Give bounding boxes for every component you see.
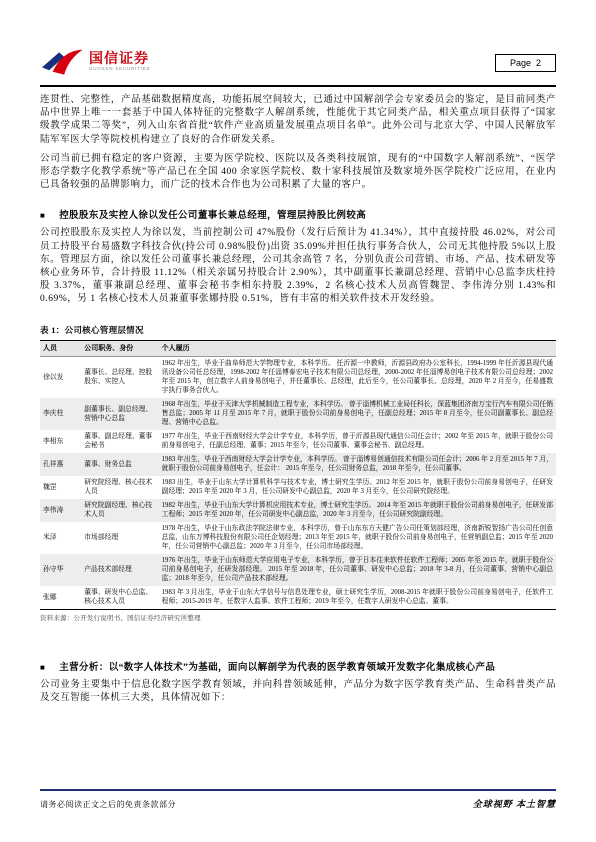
guosen-logo-icon <box>40 46 84 76</box>
table-row: 李庆柱副董事长、副总经理、营销中心总监1968 年出生，毕业于天津大学机械制造工… <box>40 398 556 430</box>
column-header-bio: 个人履历 <box>159 340 556 356</box>
table-header-row: 人员 公司职务、身份 个人履历 <box>40 340 556 356</box>
member-role: 研究院经理、核心技术人员 <box>81 476 158 499</box>
guosen-logo-text: 国信证券 GUOSEN SECURITIES <box>89 51 150 72</box>
column-header-role: 公司职务、身份 <box>81 340 158 356</box>
member-bio: 1983 年出生，毕业于西南财经大学会计学专业，本科学历。 曾于淄博易创通信技术… <box>159 453 556 476</box>
paragraph-shareholding: 公司控股股东及实控人为徐以发，当前控制公司 47%股份（发行后预计为 41.34… <box>40 227 556 306</box>
page-header: 国信证券 GUOSEN SECURITIES Page 2 <box>40 0 556 76</box>
member-name: 李伟涛 <box>40 499 81 522</box>
square-bullet-icon: ■ <box>40 663 45 672</box>
table-row: 孔祥惠董事、财务总监1983 年出生，毕业于西南财经大学会计学专业，本科学历。 … <box>40 453 556 476</box>
member-bio: 1962 年出生，毕业于曲阜师范大学物理专业，本科学历。 任沂源一中教师，沂源县… <box>159 356 556 398</box>
member-bio: 1976 年出生，毕业于山东师范大学应用电子专业，本科学历，曾于日本往来软件任软… <box>159 554 556 586</box>
guosen-logo: 国信证券 GUOSEN SECURITIES <box>40 46 150 76</box>
member-role: 董事、财务总监 <box>81 453 158 476</box>
member-role: 产品技术部经理 <box>81 554 158 586</box>
footer-rule <box>40 789 556 791</box>
member-name: 米泽 <box>40 522 81 554</box>
table-row: 张娜董事、研发中心总监、核心技术人员1983 年 3 月出生，毕业于山东大学信号… <box>40 586 556 610</box>
member-bio: 1983 出生，毕业于山东大学计算机科学与技术专业，博士研究生学历。2012 年… <box>159 476 556 499</box>
section-heading-main-business: ■ 主营分析：以“数字人体技术”为基础，面向以解剖学为代表的医学教育领域开发数字… <box>40 659 556 673</box>
footer-disclaimer: 请务必阅读正文之后的免责条款部分 <box>40 799 176 810</box>
member-name: 徐以发 <box>40 356 81 398</box>
member-bio: 1977 年出生，毕业于西南财经大学会计学专业，本科学历，曾于沂源县现代通信公司… <box>159 430 556 453</box>
report-page: 国信证券 GUOSEN SECURITIES Page 2 连贯性、完整性，产品… <box>0 0 596 842</box>
table-title: 表 1：公司核心管理层情况 <box>40 324 556 336</box>
member-name: 李庆柱 <box>40 398 81 430</box>
member-name: 张娜 <box>40 586 81 610</box>
table-row: 李相东董事、副总经理、董事会秘书1977 年出生，毕业于西南财经大学会计学专业，… <box>40 430 556 453</box>
table-row: 李伟涛研究院副经理、核心技术人员1982 年出生，毕业于山东大学计算机应用技术专… <box>40 499 556 522</box>
table-row: 米泽市场部经理1978 年出生，毕业于山东政法学院法律专业，本科学历，曾于山东东… <box>40 522 556 554</box>
member-role: 董事、研发中心总监、核心技术人员 <box>81 586 158 610</box>
header-rule <box>40 85 556 87</box>
footer-slogan: 全球视野 本土智慧 <box>473 797 556 810</box>
member-name: 孔祥惠 <box>40 453 81 476</box>
table-row: 魏罡研究院经理、核心技术人员1983 出生，毕业于山东大学计算机科学与技术专业，… <box>40 476 556 499</box>
member-name: 孙守华 <box>40 554 81 586</box>
column-header-name: 人员 <box>40 340 81 356</box>
member-name: 李相东 <box>40 430 81 453</box>
logo-name-en: GUOSEN SECURITIES <box>89 67 150 72</box>
member-bio: 1983 年 3 月出生，毕业于山东大学信号与信息处理专业，硕士研究生学历，20… <box>159 586 556 610</box>
table-row: 徐以发董事长、总经理、控股股东、实控人1962 年出生，毕业于曲阜师范大学物理专… <box>40 356 556 398</box>
member-bio: 1982 年出生，毕业于山东大学计算机应用技术专业，博士研究生学历。 2014 … <box>159 499 556 522</box>
page-footer: 请务必阅读正文之后的免责条款部分 全球视野 本土智慧 <box>40 789 556 810</box>
member-role: 董事、副总经理、董事会秘书 <box>81 430 158 453</box>
logo-name-cn: 国信证券 <box>89 51 150 65</box>
table-row: 孙守华产品技术部经理1976 年出生，毕业于山东师范大学应用电子专业，本科学历，… <box>40 554 556 586</box>
member-name: 魏罡 <box>40 476 81 499</box>
section-heading-shareholders: ■ 控股股东及实控人徐以发任公司董事长兼总经理，管理层持股比例较高 <box>40 207 556 221</box>
management-table-body: 徐以发董事长、总经理、控股股东、实控人1962 年出生，毕业于曲阜师范大学物理专… <box>40 356 556 609</box>
management-table-head: 人员 公司职务、身份 个人履历 <box>40 340 556 356</box>
member-role: 市场部经理 <box>81 522 158 554</box>
member-bio: 1978 年出生，毕业于山东政法学院法律专业，本科学历，曾于山东东方天健广告公司… <box>159 522 556 554</box>
member-bio: 1968 年出生，毕业于天津大学机械制造工程专业，本科学历。 曾于淄博机械工业局… <box>159 398 556 430</box>
management-table: 人员 公司职务、身份 个人履历 徐以发董事长、总经理、控股股东、实控人1962 … <box>40 340 556 610</box>
paragraph-product-advantage: 连贯性、完整性，产品基础数据精度高，功能拓展空间较大，已通过中国解剖学会专家委员… <box>40 94 556 147</box>
page-number-box: Page 2 <box>495 54 556 72</box>
section-heading-text: 控股股东及实控人徐以发任公司董事长兼总经理，管理层持股比例较高 <box>59 207 366 221</box>
member-role: 副董事长、副总经理、营销中心总监 <box>81 398 158 430</box>
section-heading-text: 主营分析：以“数字人体技术”为基础，面向以解剖学为代表的医学教育领域开发数字化集… <box>59 659 495 673</box>
member-role: 董事长、总经理、控股股东、实控人 <box>81 356 158 398</box>
table-source-note: 资料来源：公开发行说明书、国信证券经济研究所整理 <box>40 613 556 622</box>
member-role: 研究院副经理、核心技术人员 <box>81 499 158 522</box>
paragraph-business-overview: 公司业务主要集中于信息化数字医学教育领域，并向科普领域延伸，产品分为数字医学教育… <box>40 679 556 705</box>
square-bullet-icon: ■ <box>40 211 45 220</box>
paragraph-customers: 公司当前已拥有稳定的客户资源，主要为医学院校、医院以及各类科技展馆，现有的“中国… <box>40 153 556 193</box>
